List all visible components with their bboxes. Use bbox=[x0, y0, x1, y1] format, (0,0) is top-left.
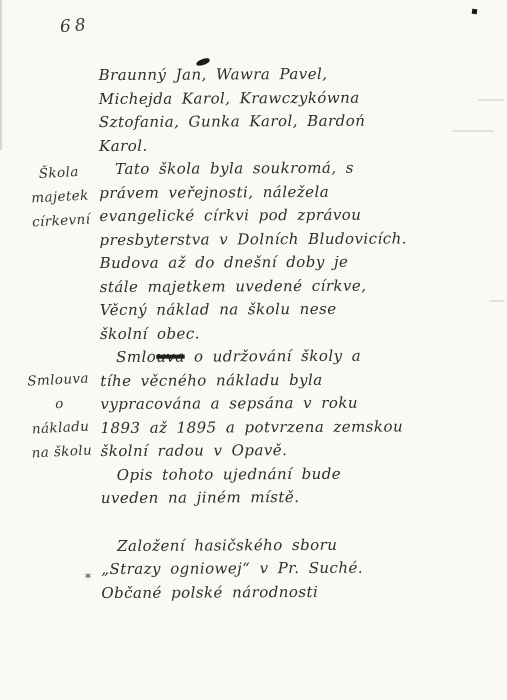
margin-note-line: na školu bbox=[14, 438, 109, 467]
handwritten-line: Sztofania, Gunka Karol, Bardoń bbox=[99, 109, 495, 135]
paragraph-gap bbox=[101, 508, 497, 534]
footnote-mark: * bbox=[85, 571, 91, 585]
strike-line-pre: Smlo bbox=[116, 348, 156, 366]
handwritten-line: Braunný Jan, Wawra Pavel, bbox=[99, 62, 495, 88]
handwritten-line: Budova až do dnešní doby je bbox=[100, 250, 496, 276]
handwritten-line: právem veřejnosti, náležela bbox=[99, 179, 495, 205]
handwritten-line: Věcný náklad na školu nese bbox=[100, 297, 496, 323]
handwritten-line: „Strazy ogniowej“ v Pr. Suché. bbox=[101, 556, 497, 582]
handwritten-line: Tato škola byla soukromá, s bbox=[99, 156, 495, 182]
scan-edge-shadow bbox=[0, 0, 3, 150]
handwritten-line: školní radou v Opavě. bbox=[101, 438, 497, 464]
scanned-page: 68 Škola majetek církevní Smlouva o nákl… bbox=[0, 0, 507, 700]
strike-line-post: o udržování školy a bbox=[185, 347, 361, 366]
handwritten-line-with-strike: Smlouva o udržování školy a bbox=[100, 344, 496, 370]
handwritten-line: stále majetkem uvedené církve, bbox=[100, 273, 496, 299]
corner-dot-mark bbox=[472, 9, 478, 15]
handwritten-line: Občané polské národnosti bbox=[101, 579, 497, 605]
handwritten-body: Braunný Jan, Wawra Pavel, Michejda Karol… bbox=[99, 62, 498, 605]
handwritten-line: školní obec. bbox=[100, 320, 496, 346]
handwritten-line: vypracována a sepsána v roku bbox=[100, 391, 496, 417]
margin-note-contract: Smlouva o nákladu na školu bbox=[11, 366, 110, 467]
handwritten-line: evangelické církvi pod zprávou bbox=[99, 203, 495, 229]
handwritten-line: 1893 až 1895 a potvrzena zemskou bbox=[100, 414, 496, 440]
handwritten-line: Opis tohoto ujednání bude bbox=[101, 461, 497, 487]
handwritten-line: Karol. bbox=[99, 132, 495, 158]
margin-note-line: církevní bbox=[14, 207, 109, 236]
handwritten-line: presbyterstva v Dolních Bludovicích. bbox=[99, 226, 495, 252]
handwritten-line: uveden na jiném místě. bbox=[101, 485, 497, 511]
handwritten-line: tíhe věcného nákladu byla bbox=[100, 367, 496, 393]
handwritten-line: Michejda Karol, Krawczykówna bbox=[99, 85, 495, 111]
page-number: 68 bbox=[59, 15, 90, 38]
handwritten-line: Založení hasičského sboru bbox=[101, 532, 497, 558]
margin-note-church-property: Škola majetek církevní bbox=[11, 159, 109, 236]
struck-word: uva bbox=[156, 348, 185, 366]
